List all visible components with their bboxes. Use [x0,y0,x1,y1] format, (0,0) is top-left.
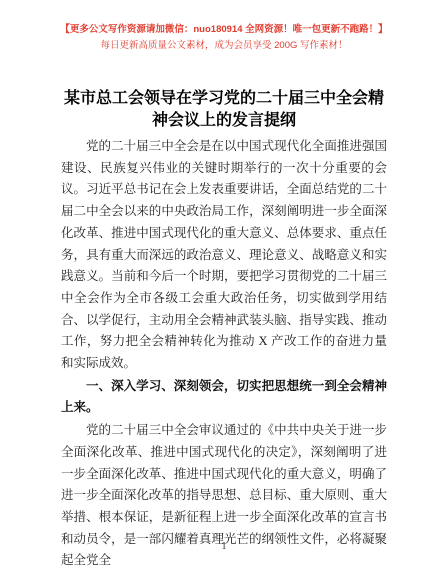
promo-banner: 【更多公文写作资源请加微信：nuo180914 全网资源！唯一包更新不跑路！】 … [31,22,417,54]
paragraph-intro: 党的二十届三中全会是在以中国式现代化全面推进强国建设、民族复兴伟业的关键时期举行… [61,136,387,375]
section-heading-1: 一、深入学习、深刻领会，切实把思想统一到全会精神上来。 [61,376,387,419]
document-page: 【更多公文写作资源请加微信：nuo180914 全网资源！唯一包更新不跑路！】 … [0,0,448,580]
promo-line-1: 【更多公文写作资源请加微信：nuo180914 全网资源！唯一包更新不跑路！】 [31,22,417,38]
page-number: 1 [0,541,448,552]
document-title: 某市总工会领导在学习党的二十届三中全会精神会议上的发言提纲 [61,88,387,132]
promo-line-2: 每日更新高质量公文素材，成为会员享受 200G 写作素材！ [31,38,417,54]
